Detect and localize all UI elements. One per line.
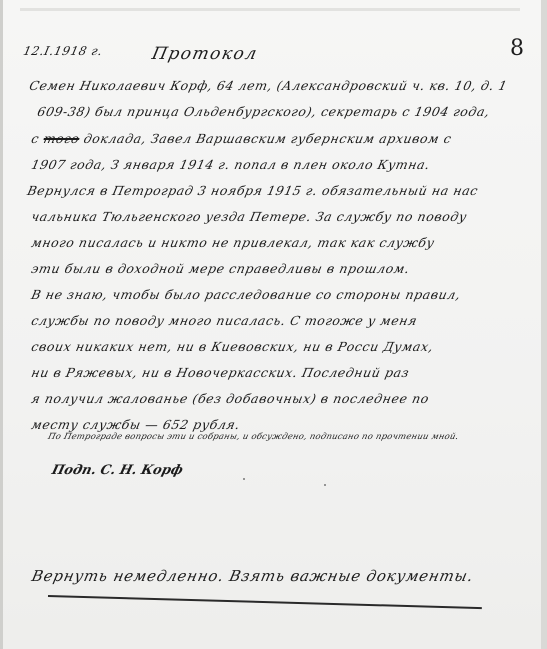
body-line-1: Семен Николаевич Корф, 64 лет, (Александ…	[28, 78, 509, 93]
body-line-11: своих никаких нет, ни в Киевовских, ни в…	[30, 339, 435, 354]
bottom-annotation-underline	[48, 595, 482, 609]
body-line-14: месту службы — 652 рубля.	[30, 417, 242, 432]
signature: Подп. С. Н. Корф	[50, 463, 184, 478]
certification-note: По Петрограде вопросы эти и собраны, и о…	[47, 432, 460, 442]
page-number: 8	[510, 36, 524, 61]
body-line-4: 1907 года, З января 1914 г. попал в плен…	[30, 157, 432, 172]
document-title: Протокол	[150, 44, 260, 64]
body-line-9: В не знаю, чтобы было расследование со с…	[30, 287, 462, 302]
struck-word: того	[42, 131, 81, 146]
ink-speck	[243, 478, 245, 480]
body-line-3: с того доклада, Завел Варшавским губернс…	[30, 131, 453, 146]
scanned-document-page: 12.I.1918 г. Протокол 8 Семен Николаевич…	[0, 0, 547, 649]
body-line-2: 609-38) был принца Ольденбургского), сек…	[36, 104, 491, 119]
body-line-10: службы по поводу много писалась. С тогож…	[30, 313, 419, 328]
bottom-annotation: Вернуть немедленно. Взять важные докумен…	[30, 567, 475, 585]
page-left-edge	[0, 0, 3, 649]
page-top-shadow	[20, 8, 520, 11]
body-line-5: Вернулся в Петроград 3 ноября 1915 г. об…	[26, 183, 480, 198]
body-line-6: чальника Тюльгенского уезда Петере. За с…	[30, 209, 469, 224]
ink-speck	[324, 484, 326, 486]
body-line-3-rest: доклада, Завел Варшавским губернским арх…	[78, 131, 453, 146]
document-date: 12.I.1918 г.	[22, 44, 104, 58]
body-line-8: эти были в доходной мере справедливы в п…	[30, 261, 411, 276]
body-line-13: я получил жалованье (без добавочных) в п…	[30, 391, 431, 406]
body-line-7: много писалась и никто не привлекал, так…	[30, 235, 436, 250]
body-line-12: ни в Ряжевых, ни в Новочеркасских. После…	[30, 365, 411, 380]
